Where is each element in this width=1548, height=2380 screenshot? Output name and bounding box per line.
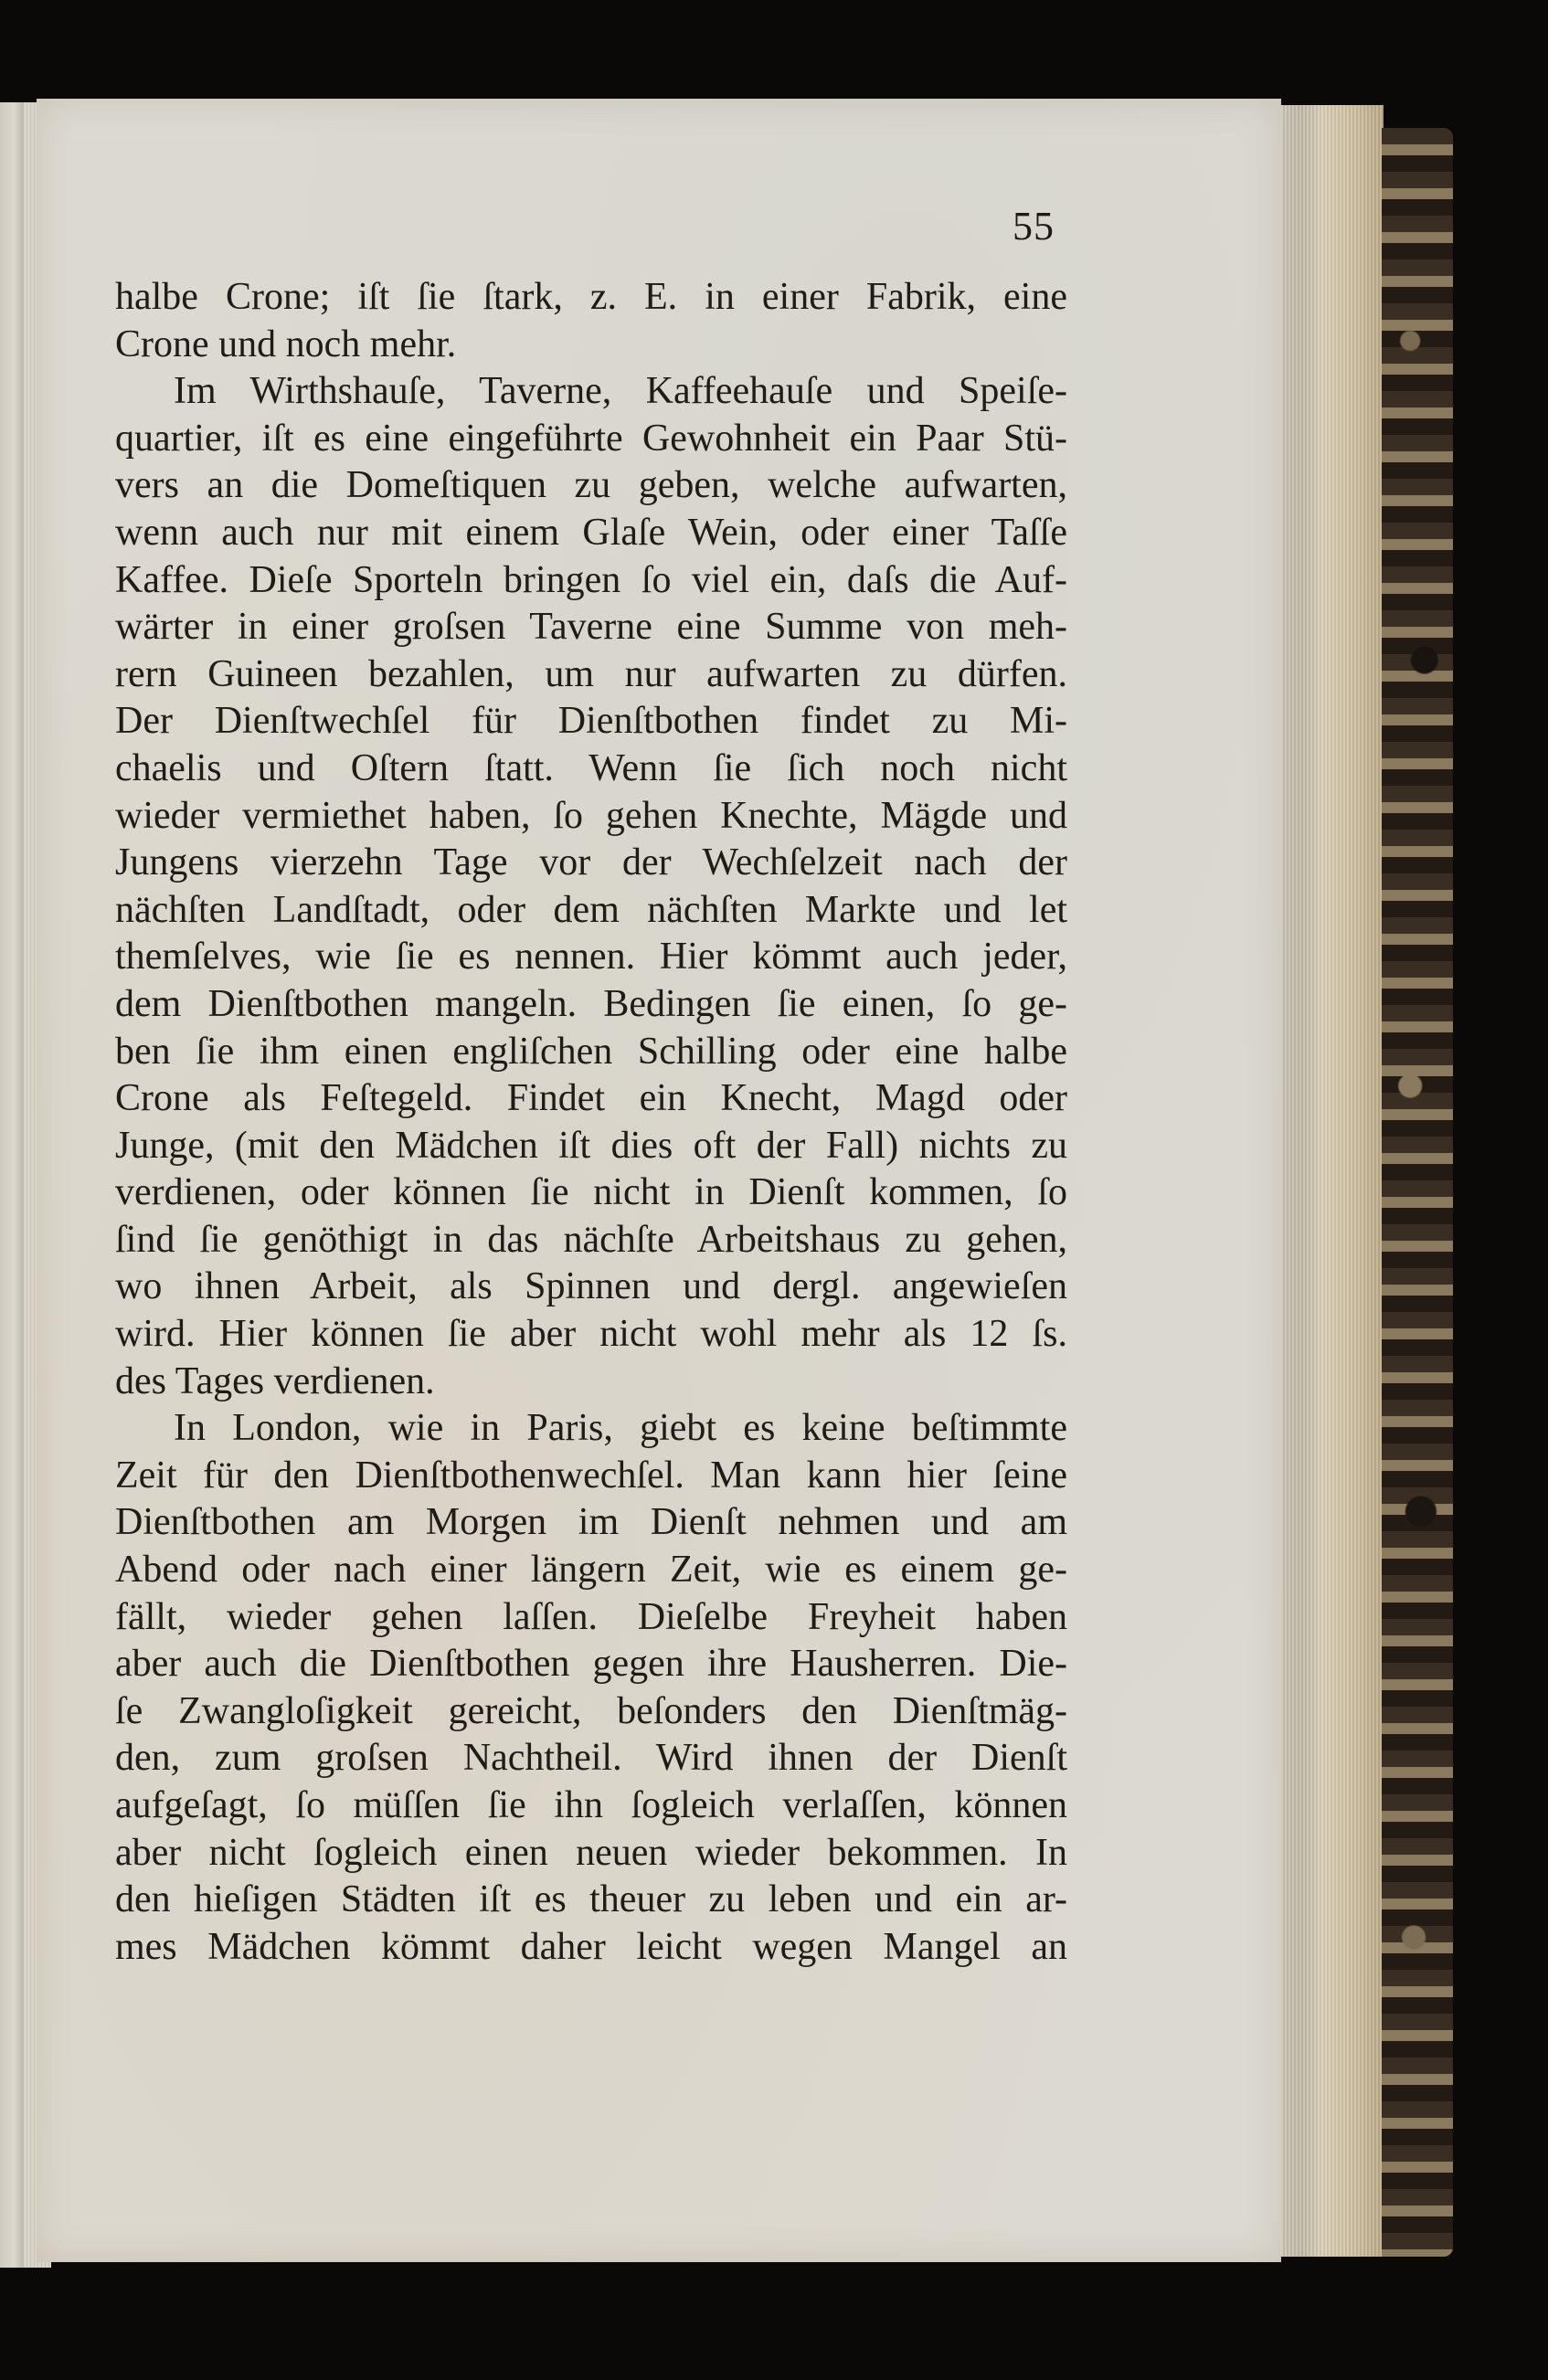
text-line: ſind ſie genöthigt in das nächſte Arbeit… [115,1217,1067,1264]
marbled-cover-edge [1382,128,1453,2257]
text-line: den, zum groſsen Nachtheil. Wird ihnen d… [115,1735,1067,1782]
text-line: aufgeſagt, ſo müſſen ſie ihn ſogleich ve… [115,1782,1067,1830]
body-text: halbe Crone; iſt ſie ſtark, z. E. in ein… [115,274,1067,1971]
text-line: ſe Zwangloſigkeit gereicht, beſonders de… [115,1688,1067,1736]
text-line: Jungens vierzehn Tage vor der Wechſelzei… [115,840,1067,887]
text-line: Crone als Feſtegeld. Findet ein Knecht, … [115,1075,1067,1123]
text-line: Der Dienſtwechſel für Dienſtbothen finde… [115,698,1067,746]
text-line: themſelves, wie ſie es nennen. Hier kömm… [115,934,1067,981]
text-line: mes Mädchen kömmt daher leicht wegen Man… [115,1924,1067,1972]
text-line: des Tages verdienen. [115,1359,1067,1406]
text-line: Kaffee. Dieſe Sporteln bringen ſo viel e… [115,557,1067,605]
text-line: den hieſigen Städten iſt es theuer zu le… [115,1877,1067,1924]
text-line: halbe Crone; iſt ſie ſtark, z. E. in ein… [115,274,1067,322]
text-line: wärter in einer groſsen Taverne eine Sum… [115,604,1067,651]
text-line: quartier, iſt es eine eingeführte Gewohn… [115,416,1067,463]
text-line: chaelis und Oſtern ſtatt. Wenn ſie ſich … [115,746,1067,793]
page-stack-edge [1281,105,1384,2257]
text-line: wird. Hier können ſie aber nicht wohl me… [115,1311,1067,1359]
text-line: Junge, (mit den Mädchen iſt dies oft der… [115,1123,1067,1170]
text-line: Crone und noch mehr. [115,322,1067,369]
text-line: aber nicht ſogleich einen neuen wieder b… [115,1830,1067,1878]
text-line: Im Wirthshauſe, Taverne, Kaffeehauſe und… [115,368,1067,416]
text-line: ben ſie ihm einen engliſchen Schilling o… [115,1029,1067,1076]
text-line: wieder vermiethet haben, ſo gehen Knecht… [115,793,1067,841]
text-line: wenn auch nur mit einem Glaſe Wein, oder… [115,510,1067,557]
page-number: 55 [1013,203,1055,249]
text-line: dem Dienſtbothen mangeln. Bedingen ſie e… [115,981,1067,1029]
text-line: vers an die Domeſtiquen zu geben, welche… [115,462,1067,510]
text-line: verdienen, oder können ſie nicht in Dien… [115,1169,1067,1217]
left-page-edge [0,102,24,2268]
text-line: Abend oder nach einer längern Zeit, wie … [115,1547,1067,1594]
text-line: aber auch die Dienſtbothen gegen ihre Ha… [115,1641,1067,1688]
text-line: In London, wie in Paris, giebt es keine … [115,1405,1067,1453]
text-line: rern Guineen bezahlen, um nur aufwarten … [115,651,1067,699]
text-line: fällt, wieder gehen laſſen. Dieſelbe Fre… [115,1594,1067,1642]
text-line: Dienſtbothen am Morgen im Dienſt nehmen … [115,1499,1067,1547]
text-line: Zeit für den Dienſtbothenwechſel. Man ka… [115,1453,1067,1500]
text-line: wo ihnen Arbeit, als Spinnen und dergl. … [115,1264,1067,1311]
text-line: nächſten Landſtadt, oder dem nächſten Ma… [115,887,1067,935]
